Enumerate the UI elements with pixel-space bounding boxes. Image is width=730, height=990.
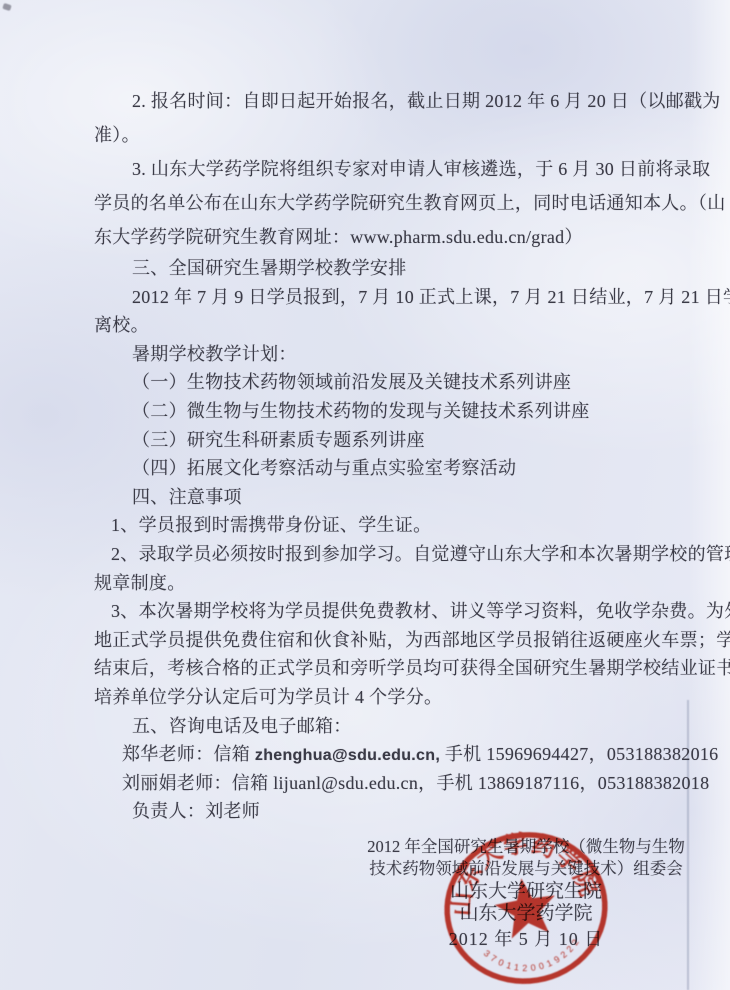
text-line: 2、录取学员必须按时报到参加学习。自觉遵守山东大学和本次暑期学校的管理: [94, 540, 702, 569]
text-line: （一）生物技术药物领域前沿发展及关键技术系列讲座: [94, 368, 702, 397]
text-line: 地正式学员提供免费住宿和伙食补贴，为西部地区学员报销往返硬座火车票；学习: [94, 626, 702, 655]
seal-star-icon: [491, 874, 560, 941]
text-line: 郑华老师：信箱 zhenghua@sdu.edu.cn, 手机 15969694…: [94, 740, 702, 769]
text-line: 负责人：刘老师: [94, 797, 702, 826]
document-page: 2. 报名时间：自即日起开始报名，截止日期 2012 年 6 月 20 日（以邮…: [0, 0, 730, 990]
text-line: 规章制度。: [94, 569, 702, 598]
text-segment: 郑华老师：信箱: [122, 744, 255, 764]
text-line: 暑期学校教学计划：: [94, 340, 702, 369]
text-line: 五、咨询电话及电子邮箱：: [94, 712, 702, 741]
official-seal: 山东大学药学院 3701120019222: [436, 826, 616, 990]
document-body: 2. 报名时间：自即日起开始报名，截止日期 2012 年 6 月 20 日（以邮…: [94, 84, 702, 826]
text-line: 培养单位学分认定后可为学员计 4 个学分。: [94, 683, 702, 712]
text-segment: 手机 15969694427，053188382016: [440, 744, 718, 764]
text-line: （四）拓展文化考察活动与重点实验室考察活动: [94, 454, 702, 483]
text-line: 三、全国研究生暑期学校教学安排: [94, 254, 702, 283]
text-line: （二）微生物与生物技术药物的发现与关键技术系列讲座: [94, 397, 702, 426]
text-line: 2012 年 7 月 9 日学员报到，7 月 10 正式上课，7 月 21 日结…: [94, 283, 702, 312]
text-line: 3、本次暑期学校将为学员提供免费教材、讲义等学习资料，免收学杂费。为外: [94, 597, 702, 626]
scan-speck: [2, 3, 11, 11]
seal-number: 3701120019222: [481, 933, 587, 980]
text-line: 四、注意事项: [94, 483, 702, 512]
text-line: 3. 山东大学药学院将组织专家对申请人审核遴选，于 6 月 30 日前将录取: [94, 152, 702, 186]
text-line: 刘丽娟老师：信箱 lijuanl@sdu.edu.cn，手机 138691871…: [94, 769, 702, 798]
text-line: 1、学员报到时需携带身份证、学生证。: [94, 511, 702, 540]
text-line: 准）。: [94, 118, 702, 152]
text-line: （三）研究生科研素质专题系列讲座: [94, 426, 702, 455]
text-line: 东大学药学院研究生教育网址：www.pharm.sdu.edu.cn/grad）: [94, 220, 702, 254]
text-line: 离校。: [94, 311, 702, 340]
text-line: 结束后，考核合格的正式学员和旁听学员均可获得全国研究生暑期学校结业证书，: [94, 654, 702, 683]
text-line: 2. 报名时间：自即日起开始报名，截止日期 2012 年 6 月 20 日（以邮…: [94, 84, 702, 118]
text-line: 学员的名单公布在山东大学药学院研究生教育网页上，同时电话通知本人。（山: [94, 186, 702, 220]
email-address: zhenghua@sdu.edu.cn,: [255, 747, 440, 764]
